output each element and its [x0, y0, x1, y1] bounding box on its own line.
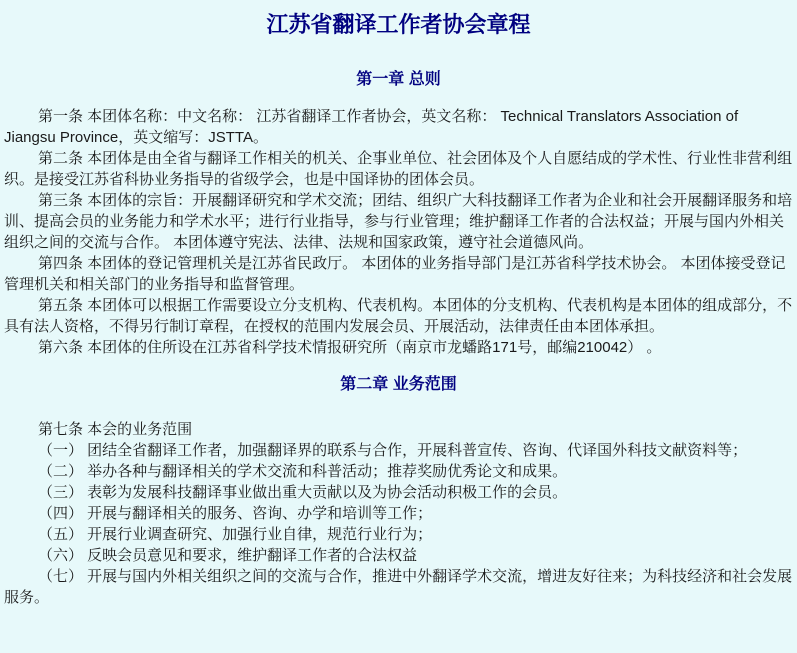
- document-page: 江苏省翻译工作者协会章程 第一章 总则 第一条 本团体名称：中文名称： 江苏省翻…: [0, 0, 797, 653]
- page-title: 江苏省翻译工作者协会章程: [4, 12, 793, 38]
- article-2: 第二条 本团体是由全省与翻译工作相关的机关、企事业单位、社会团体及个人自愿结成的…: [4, 148, 793, 190]
- chapter-business-scope: 第二章 业务范围 第七条 本会的业务范围 （一） 团结全省翻译工作者，加强翻译界…: [4, 375, 793, 608]
- article-3: 第三条 本团体的宗旨：开展翻译研究和学术交流；团结、组织广大科技翻译工作者为企业…: [4, 190, 793, 253]
- article-5: 第五条 本团体可以根据工作需要设立分支机构、代表机构。本团体的分支机构、代表机构…: [4, 295, 793, 337]
- article-7-item-1: （一） 团结全省翻译工作者，加强翻译界的联系与合作，开展科普宣传、咨询、代译国外…: [4, 440, 793, 461]
- article-7-item-5: （五） 开展行业调查研究、加强行业自律，规范行业行为；: [4, 524, 793, 545]
- article-1: 第一条 本团体名称：中文名称： 江苏省翻译工作者协会，英文名称： Technic…: [4, 106, 793, 148]
- chapter-general-provisions: 第一章 总则 第一条 本团体名称：中文名称： 江苏省翻译工作者协会，英文名称： …: [4, 70, 793, 358]
- article-7-item-6: （六） 反映会员意见和要求，维护翻译工作者的合法权益: [4, 545, 793, 566]
- chapter-1-heading: 第一章 总则: [4, 70, 793, 90]
- article-7-item-2: （二） 举办各种与翻译相关的学术交流和科普活动；推荐奖励优秀论文和成果。: [4, 461, 793, 482]
- article-7: 第七条 本会的业务范围: [4, 419, 793, 440]
- article-4: 第四条 本团体的登记管理机关是江苏省民政厅。 本团体的业务指导部门是江苏省科学技…: [4, 253, 793, 295]
- article-6: 第六条 本团体的住所设在江苏省科学技术情报研究所（南京市龙蟠路171号，邮编21…: [4, 337, 793, 358]
- article-7-item-3: （三） 表彰为发展科技翻译事业做出重大贡献以及为协会活动积极工作的会员。: [4, 482, 793, 503]
- chapter-2-heading: 第二章 业务范围: [4, 375, 793, 395]
- article-7-item-4: （四） 开展与翻译相关的服务、咨询、办学和培训等工作；: [4, 503, 793, 524]
- article-7-item-7: （七） 开展与国内外相关组织之间的交流与合作，推进中外翻译学术交流，增进友好往来…: [4, 566, 793, 608]
